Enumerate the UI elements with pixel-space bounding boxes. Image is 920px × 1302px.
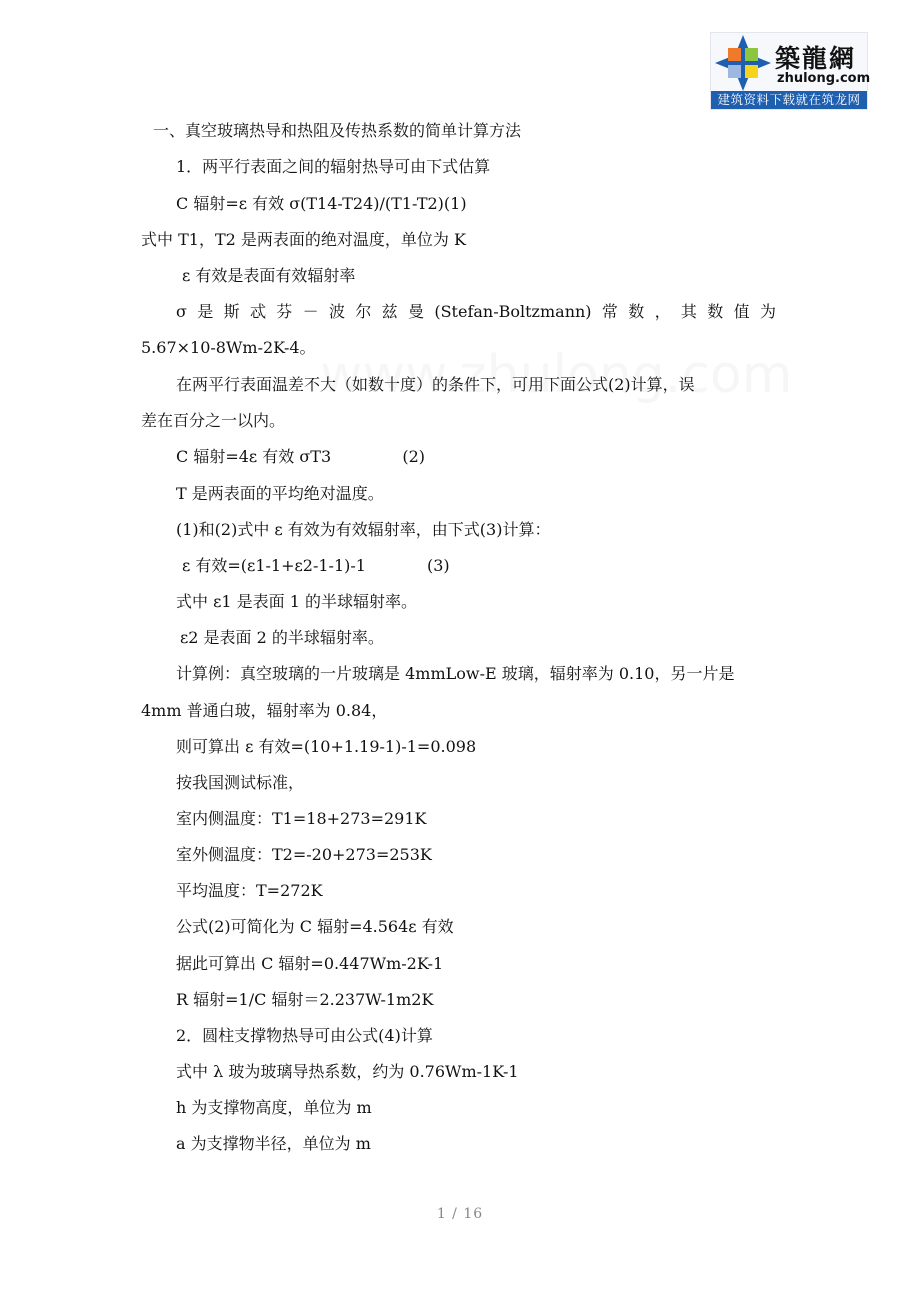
- paragraph-line: 据此可算出 C 辐射=0.447Wm-2K-1: [176, 954, 443, 974]
- paragraph-line: 5.67×10-8Wm-2K-4。: [141, 338, 316, 358]
- logo-domain: zhulong.com: [777, 71, 870, 86]
- page-indicator: 1 / 16: [0, 1206, 920, 1222]
- subheading-1: 1．两平行表面之间的辐射热导可由下式估算: [176, 157, 490, 177]
- formula-2: C 辐射=4ε 有效 σT3 (2): [176, 447, 425, 467]
- paragraph-line: 式中 λ 玻为玻璃导热系数，约为 0.76Wm-1K-1: [176, 1062, 519, 1082]
- paragraph-line: ε 有效是表面有效辐射率: [182, 266, 355, 286]
- document-page: 築龍網 zhulong.com 建筑资料下载就在筑龙网 www.zhulong.…: [0, 0, 920, 1302]
- paragraph-line: 平均温度：T=272K: [176, 881, 323, 901]
- paragraph-line: 室外侧温度：T2=-20+273=253K: [176, 845, 432, 865]
- paragraph-line: T 是两表面的平均绝对温度。: [176, 484, 384, 504]
- paragraph-line: (1)和(2)式中 ε 有效为有效辐射率，由下式(3)计算：: [176, 520, 550, 540]
- paragraph-line: 在两平行表面温差不大（如数十度）的条件下，可用下面公式(2)计算，误: [176, 375, 695, 395]
- paragraph-line: 公式(2)可简化为 C 辐射=4.564ε 有效: [176, 917, 454, 937]
- formula-1: C 辐射=ε 有效 σ(T14-T24)/(T1-T2)(1): [176, 194, 467, 214]
- paragraph-line: 4mm 普通白玻，辐射率为 0.84，: [141, 701, 387, 721]
- paragraph-line: 式中 ε1 是表面 1 的半球辐射率。: [176, 592, 417, 612]
- paragraph-line: 室内侧温度：T1=18+273=291K: [176, 809, 426, 829]
- paragraph-line: 则可算出 ε 有效=(10+1.19-1)-1=0.098: [176, 737, 476, 757]
- subheading-2: 2．圆柱支撑物热导可由公式(4)计算: [176, 1026, 433, 1046]
- paragraph-line: 式中 T1，T2 是两表面的绝对温度，单位为 K: [141, 230, 466, 250]
- zhulong-pinwheel-icon: [715, 35, 771, 91]
- paragraph-line: R 辐射=1/C 辐射＝2.237W-1m2K: [176, 990, 433, 1010]
- paragraph-line: a 为支撑物半径，单位为 m: [176, 1134, 371, 1154]
- paragraph-line: 按我国测试标准，: [176, 773, 304, 793]
- logo-title: 築龍網: [775, 39, 856, 75]
- paragraph-line: 差在百分之一以内。: [141, 411, 285, 431]
- justified-line-stefan-boltzmann: σ 是 斯 忒 芬 － 波 尔 兹 曼 (Stefan-Boltzmann) 常…: [176, 302, 776, 322]
- paragraph-line: 计算例：真空玻璃的一片玻璃是 4mmLow-E 玻璃，辐射率为 0.10，另一片…: [176, 664, 734, 684]
- formula-3: ε 有效=(ε1-1+ε2-1-1)-1 (3): [182, 556, 450, 576]
- paragraph-line: ε2 是表面 2 的半球辐射率。: [180, 628, 384, 648]
- section-heading: 一、真空玻璃热导和热阻及传热系数的简单计算方法: [153, 121, 521, 141]
- paragraph-line: h 为支撑物高度，单位为 m: [176, 1098, 372, 1118]
- zhulong-logo: 築龍網 zhulong.com 建筑资料下载就在筑龙网: [710, 32, 868, 110]
- logo-slogan: 建筑资料下载就在筑龙网: [711, 91, 867, 109]
